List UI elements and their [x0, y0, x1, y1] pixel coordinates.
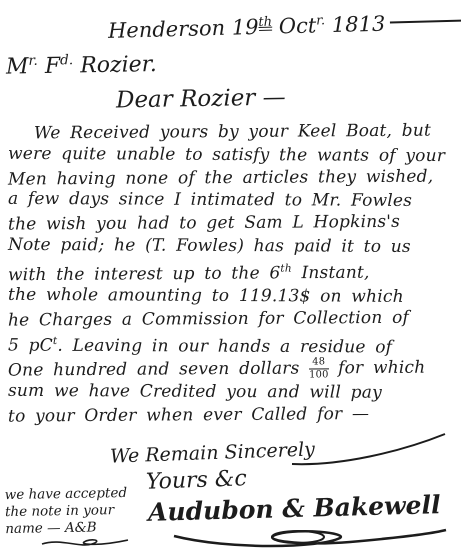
- body-line: a few days since I intimated to Mr. Fowl…: [8, 188, 456, 213]
- body-line: We Received yours by your Keel Boat, but: [8, 119, 456, 145]
- body-line: sum we have Credited you and will pay: [8, 380, 456, 405]
- fraction-denominator: 100: [309, 370, 328, 381]
- cents-fraction: 48100: [309, 358, 329, 381]
- closing-flourish: [290, 432, 450, 472]
- body-text: . Leaving in our hands a residue of: [57, 336, 392, 358]
- body-text: 5 pC: [8, 335, 53, 355]
- dateline-place: Henderson: [108, 16, 232, 43]
- fraction-numerator: 48: [309, 358, 328, 370]
- salutation: Dear Rozier —: [116, 85, 286, 114]
- body-line: Note paid; he (T. Fowles) has paid it to…: [8, 234, 456, 259]
- body-line: were quite unable to satisfy the wants o…: [8, 143, 456, 168]
- letter-body: We Received yours by your Keel Boat, but…: [8, 121, 456, 427]
- body-text: for which: [328, 358, 425, 379]
- dateline-day: 19: [232, 15, 259, 40]
- address-title: M: [6, 54, 29, 79]
- dateline-year: 1813: [325, 12, 386, 38]
- signoff-line: Yours &c: [146, 466, 248, 495]
- signature: Audubon & Bakewell: [148, 490, 441, 527]
- address-initial-suffix: d.: [60, 52, 73, 68]
- dateline-month: Oct: [272, 13, 317, 38]
- body-line: One hundred and seven dollars 48100 for …: [8, 357, 456, 383]
- signature-flourish-icon: [170, 524, 450, 550]
- body-line: the whole amounting to 119.13$ on which: [8, 284, 456, 309]
- body-line: to your Order when ever Called for —: [8, 402, 456, 428]
- margin-note-flourish-icon: [40, 536, 130, 550]
- body-line: Men having none of the articles they wis…: [8, 165, 456, 191]
- scanned-letter-page: Henderson 19th Octr. 1813 Mr. Fd. Rozier…: [0, 0, 461, 550]
- address-title-suffix: r.: [28, 53, 38, 69]
- body-text: Instant,: [292, 262, 370, 283]
- body-line: he Charges a Commission for Collection o…: [8, 306, 456, 332]
- margin-note-line: the note in your: [5, 502, 128, 521]
- body-text: One hundred and seven dollars: [8, 359, 309, 381]
- body-line: with the interest up to the 6th Instant,: [8, 256, 456, 287]
- body-text: with the interest up to the 6: [8, 263, 281, 285]
- dateline-day-suffix: th: [258, 15, 272, 31]
- address-surname: Rozier.: [73, 52, 157, 78]
- body-line: 5 pCt. Leaving in our hands a residue of: [8, 330, 456, 360]
- dateline-rule: [390, 19, 461, 23]
- address-initial: F: [38, 54, 61, 79]
- margin-note-line: we have accepted: [5, 485, 128, 504]
- margin-note: we have accepted the note in your name —…: [5, 485, 128, 538]
- body-line: the wish you had to get Sam L Hopkins's: [8, 211, 456, 237]
- address-line: Mr. Fd. Rozier.: [6, 51, 157, 80]
- dateline: Henderson 19th Octr. 1813: [108, 9, 461, 43]
- closing-line: We Remain Sincerely: [110, 438, 316, 467]
- ordinal-suffix: th: [280, 262, 292, 274]
